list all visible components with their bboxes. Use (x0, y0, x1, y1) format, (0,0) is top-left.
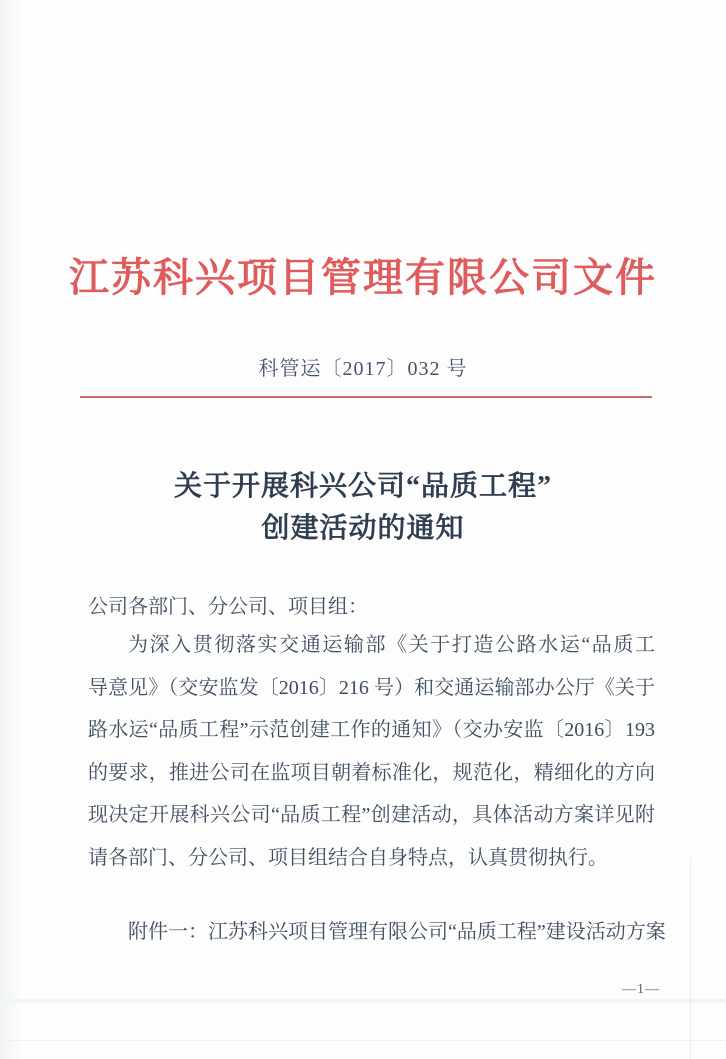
body-line: 为深入贯彻落实交通运输部《关于打造公路水运“品质工程”的指 (88, 624, 655, 667)
scanned-document-page: 江苏科兴项目管理有限公司文件 科管运〔2017〕032 号 关于开展科兴公司“品… (0, 0, 726, 1059)
scan-bottomline-artifact (0, 1040, 726, 1041)
salutation-line: 公司各部门、分公司、项目组： (88, 590, 655, 619)
document-title-line2: 创建活动的通知 (0, 508, 726, 550)
scan-vline-artifact (690, 858, 691, 1059)
body-line: 请各部门、分公司、项目组结合自身特点，认真贯彻执行。 (88, 837, 655, 880)
body-line: 路水运“品质工程”示范创建工作的通知》（交办安监〔2016〕193 号） (88, 709, 655, 752)
header-red-rule (80, 396, 652, 398)
document-number: 科管运〔2017〕032 号 (0, 352, 726, 381)
document-title: 关于开展科兴公司“品质工程” 创建活动的通知 (0, 466, 726, 550)
document-header-company-title: 江苏科兴项目管理有限公司文件 (0, 246, 726, 303)
body-line: 的要求，推进公司在监项目朝着标准化，规范化，精细化的方向发展， (88, 752, 655, 795)
scan-band-artifact (0, 999, 726, 1003)
body-line: 现决定开展科兴公司“品质工程”创建活动，具体活动方案详见附件一， (88, 794, 655, 837)
document-title-line1: 关于开展科兴公司“品质工程” (0, 466, 726, 508)
body-line: 导意见》（交安监发〔2016〕216 号）和交通运输部办公厅《关于开展公 (88, 667, 655, 710)
page-number: —1— (622, 982, 660, 998)
body-paragraph: 为深入贯彻落实交通运输部《关于打造公路水运“品质工程”的指 导意见》（交安监发〔… (88, 624, 655, 879)
attachment-note: 附件一：江苏科兴项目管理有限公司“品质工程”建设活动方案 (88, 918, 668, 946)
